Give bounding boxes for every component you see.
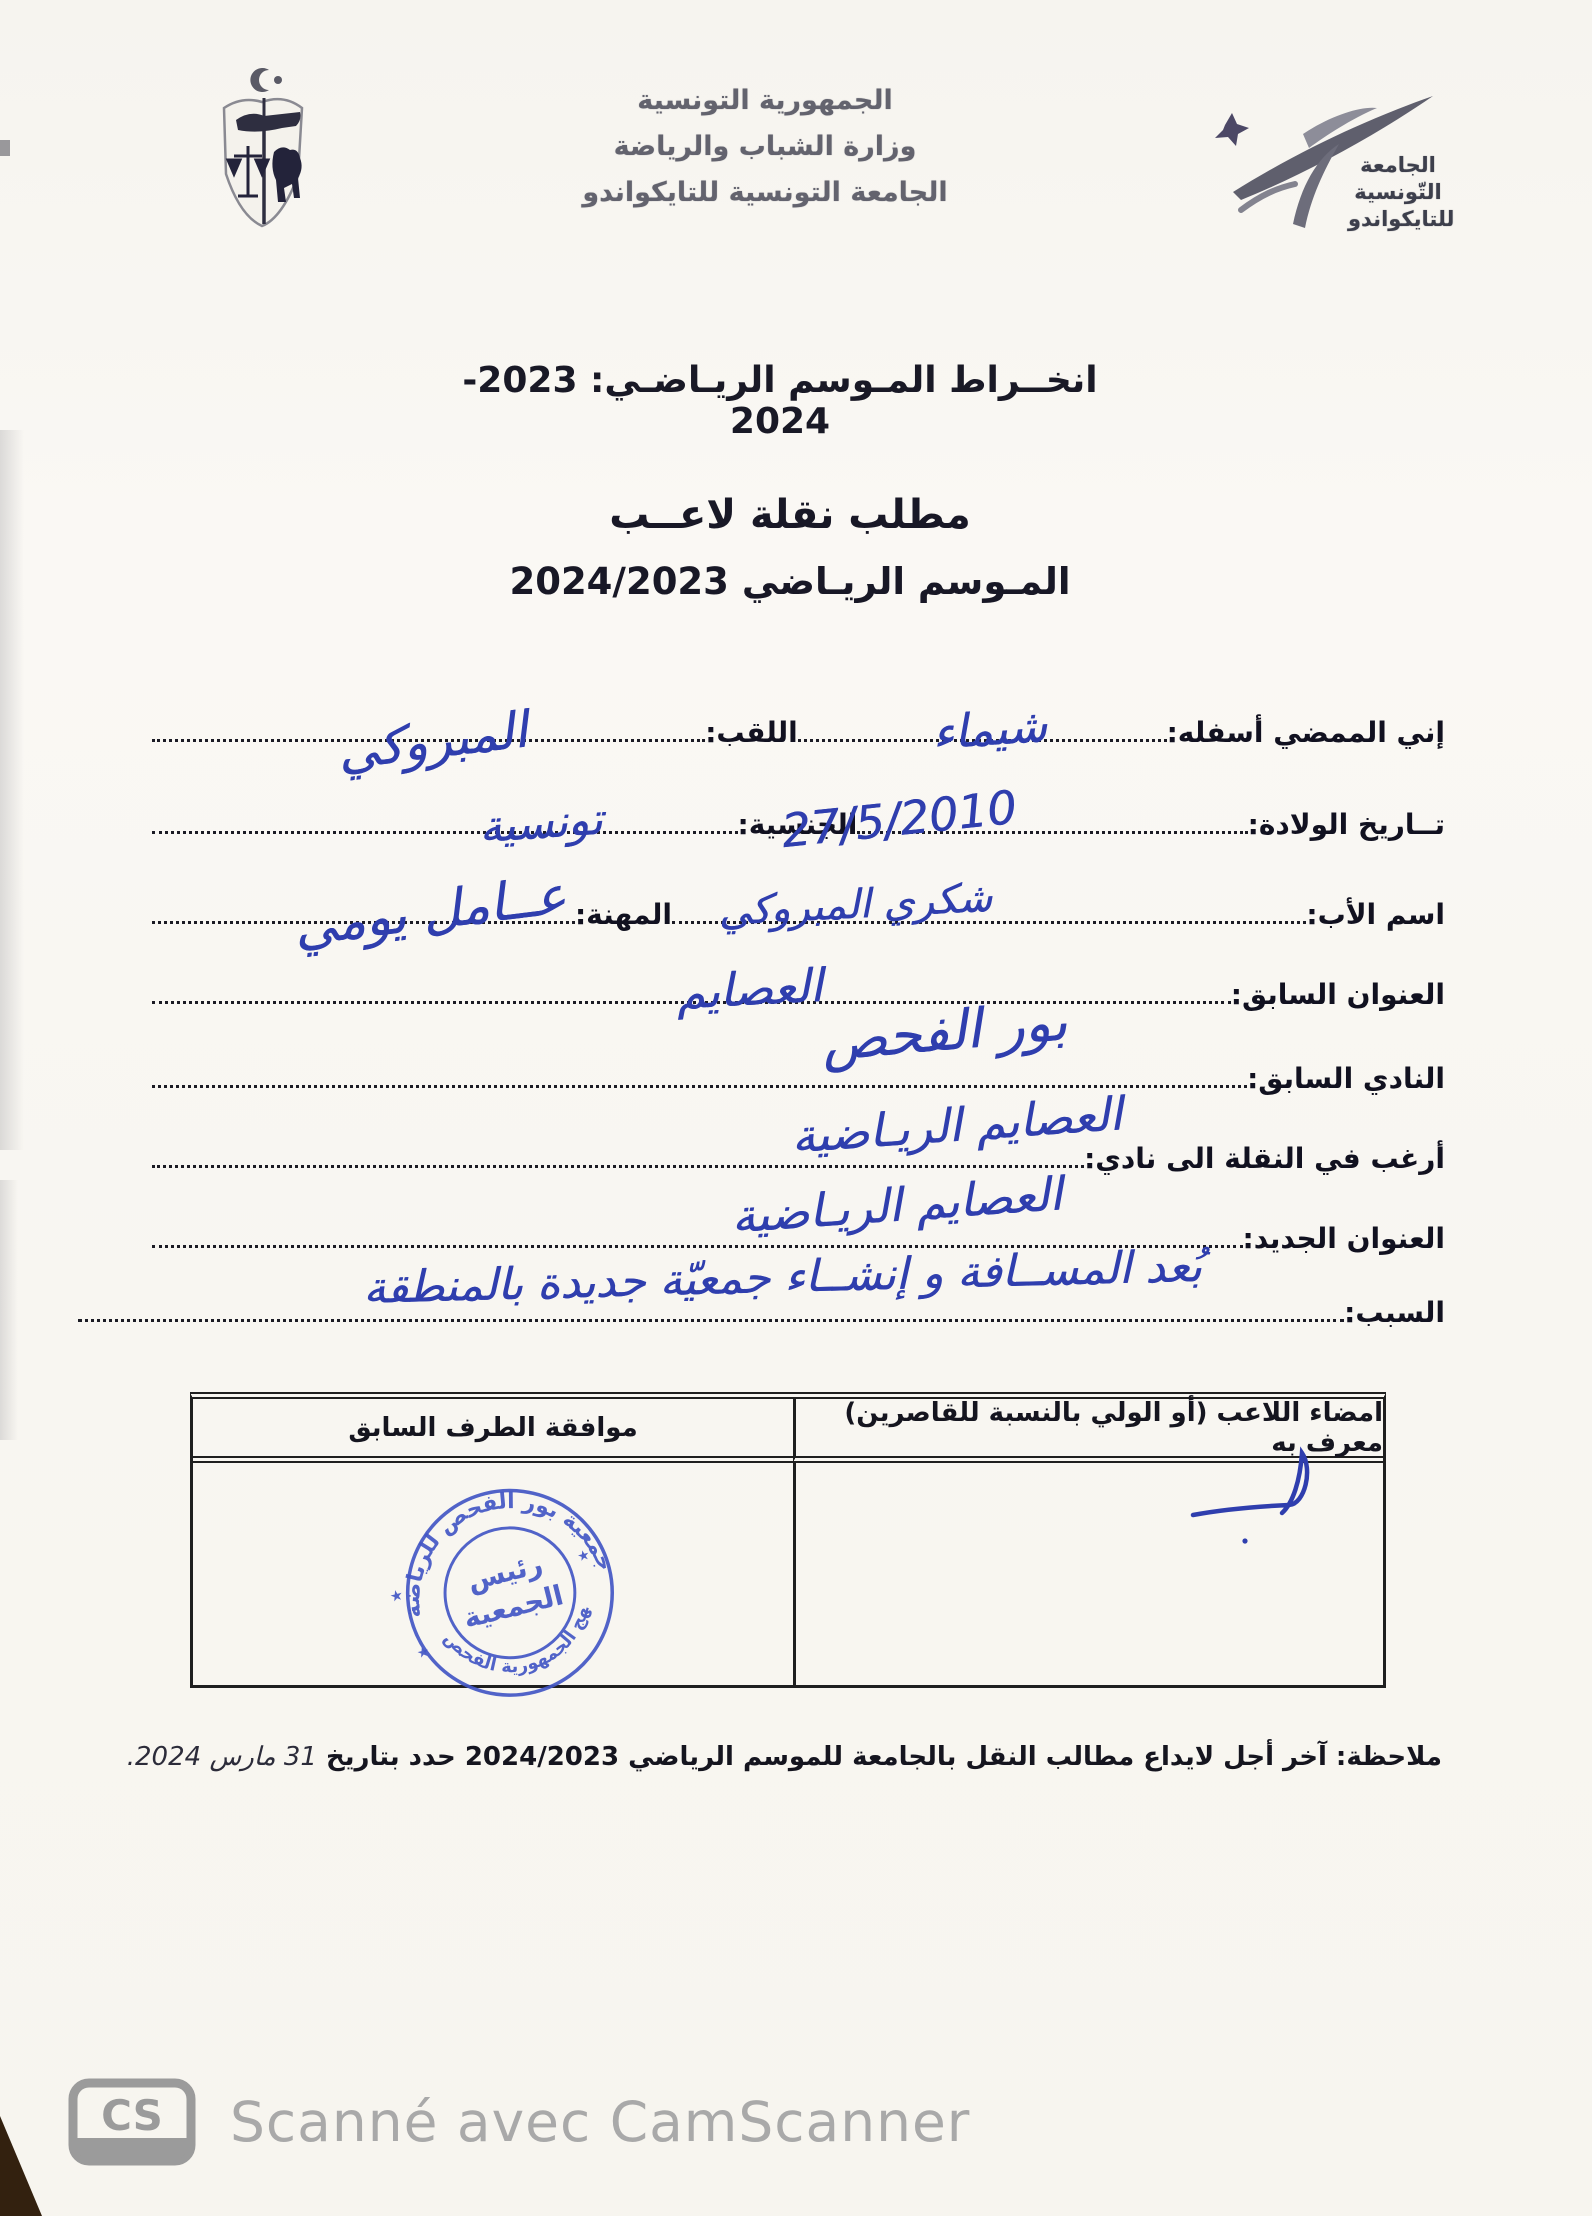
deadline-note: ملاحظة: آخر أجل لايداع مطالب النقل بالجا… (127, 1742, 1442, 1772)
scanned-document-page: الجمهورية التونسية وزارة الشباب والرياضة… (0, 0, 1592, 2216)
tunisia-coat-of-arms-icon (212, 68, 312, 244)
transfer-approval-table: امضاء اللاعب (أو الولي بالنسبة للقاصرين)… (190, 1392, 1386, 1688)
camscanner-logo-icon: CS (64, 2078, 204, 2166)
handwritten-surname: المبروكي (334, 701, 530, 782)
previous-club-label: النادي السابق: (1247, 1062, 1445, 1096)
birthdate-label: تــاريخ الولادة: (1248, 808, 1445, 842)
paper-edge-artifact (0, 1180, 18, 1440)
season-enrollment-title: انخــراط المـوسم الريـاضـي: 2023- 2024 (430, 360, 1130, 442)
note-date: 31 مارس 2024. (127, 1742, 317, 1772)
new-club-label: أرغب في النقلة الى نادي: (1084, 1142, 1445, 1176)
handwritten-first-name: شيماء (931, 698, 1049, 760)
transfer-request-title: مطلب نقلة لاعــب (480, 492, 1100, 538)
form-line-previous-club: النادي السابق: (152, 1062, 1445, 1096)
club-president-stamp: جمعية بور الفحص للرياضة نهج الجمهورية ال… (366, 1446, 652, 1732)
federation-logo-text: الجامعة التّونسية للتايكواندو (1348, 152, 1448, 233)
season-subtitle: المـوسم الريـاضي 2024/2023 (480, 560, 1100, 603)
signatory-label: إني الممضي أسفله: (1167, 716, 1445, 750)
ministry-line-ministry: وزارة الشباب والرياضة (545, 124, 985, 170)
previous-address-label: العنوان السابق: (1231, 978, 1445, 1012)
previous-party-approval-cell: جمعية بور الفحص للرياضة نهج الجمهورية ال… (193, 1463, 793, 1685)
handwritten-previous-address: العصايم (674, 958, 823, 1020)
dotted-line (152, 1165, 1084, 1168)
ministry-line-republic: الجمهورية التونسية (545, 78, 985, 124)
note-label: ملاحظة: (1336, 1742, 1442, 1772)
reason-label: السبب: (1344, 1296, 1445, 1330)
father-name-label: اسم الأب: (1306, 898, 1445, 932)
profession-label: المهنة: (575, 898, 672, 932)
ministry-line-federation: الجامعة التونسية للتايكواندو (545, 170, 985, 216)
paper-edge-artifact (0, 140, 10, 156)
surname-label: اللقب: (705, 716, 798, 750)
dotted-line (152, 1085, 1247, 1088)
camscanner-watermark: CS Scanné avec CamScanner (64, 2078, 970, 2166)
new-address-label: العنوان الجديد: (1243, 1222, 1446, 1256)
handwritten-birthdate: 27/5/2010 (779, 780, 1019, 858)
handwritten-nationality: تونسية (477, 794, 604, 853)
previous-party-header-cell: موافقة الطرف السابق (193, 1399, 793, 1463)
note-text: آخر أجل لايداع مطالب النقل بالجامعة للمو… (326, 1742, 1327, 1772)
scan-corner-artifact (0, 2116, 42, 2216)
handwritten-profession: عــامل يومي (291, 866, 570, 959)
stamp-star-icon: ★ (415, 1644, 431, 1663)
federation-name-line: للتايكواندو (1348, 206, 1448, 233)
paper-edge-artifact (0, 430, 24, 1150)
header-ministry-block: الجمهورية التونسية وزارة الشباب والرياضة… (545, 78, 985, 216)
federation-name-line: الجامعة (1348, 152, 1448, 179)
dotted-line (78, 1319, 1344, 1322)
player-signature-cell (793, 1463, 1383, 1685)
camscanner-cs-letters: CS (101, 2091, 163, 2140)
dotted-line (152, 831, 738, 834)
player-signature-ink (1183, 1441, 1353, 1565)
federation-name-line: التّونسية (1348, 179, 1448, 206)
watermark-text: Scanné avec CamScanner (230, 2090, 970, 2154)
